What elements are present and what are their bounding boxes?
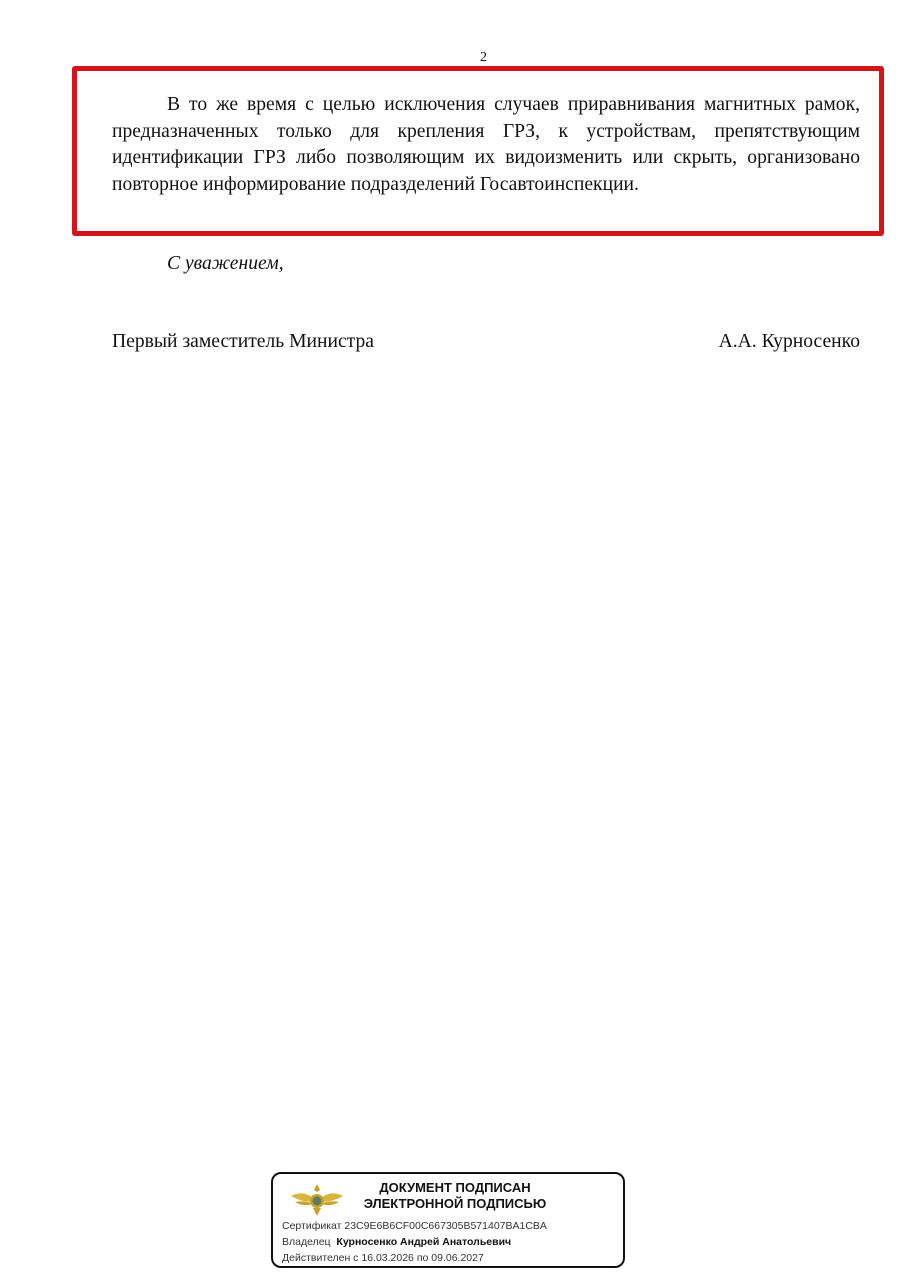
mvd-eagle-emblem-icon (289, 1180, 345, 1218)
page-number: 2 (480, 50, 487, 66)
stamp-validity: Действителен с 16.03.2026 по 09.06.2027 (282, 1252, 484, 1264)
signatory-name: А.А. Курносенко (719, 331, 860, 353)
body-paragraph: В то же время с целью исключения случаев… (112, 92, 860, 198)
electronic-signature-stamp: ДОКУМЕНТ ПОДПИСАН ЭЛЕКТРОННОЙ ПОДПИСЬЮ С… (271, 1172, 625, 1268)
stamp-title: ДОКУМЕНТ ПОДПИСАН ЭЛЕКТРОННОЙ ПОДПИСЬЮ (345, 1180, 565, 1212)
closing-greeting: С уважением, (167, 253, 284, 275)
stamp-owner: Владелец Курносенко Андрей Анатольевич (282, 1236, 511, 1248)
stamp-certificate: Сертификат 23C9E6B6CF00C667305B571407BA1… (282, 1220, 547, 1232)
signatory-position: Первый заместитель Министра (112, 331, 374, 353)
